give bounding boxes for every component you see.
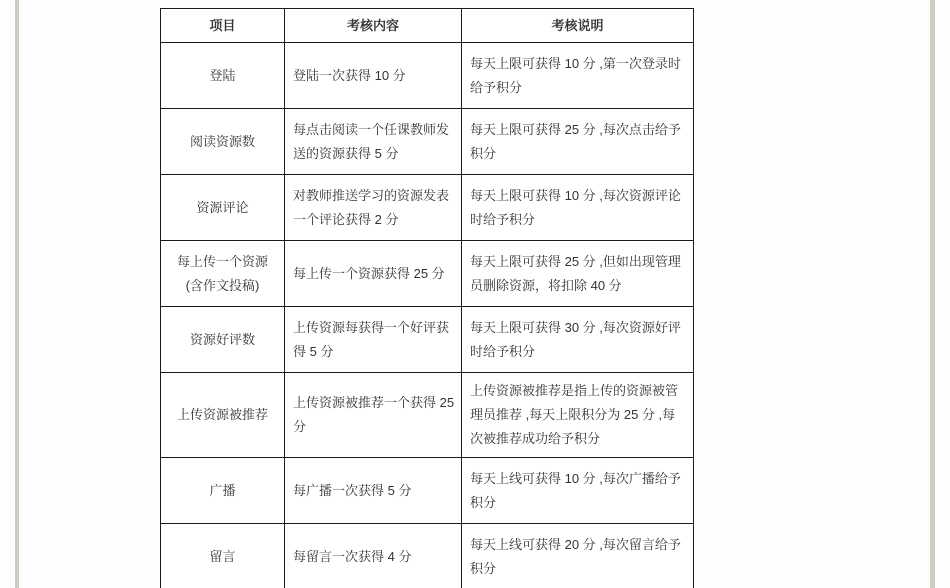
table-row: 广播 每广播一次获得 5 分 每天上线可获得 10 分 ,每次广播给予积分 bbox=[161, 458, 694, 524]
table-row: 留言 每留言一次获得 4 分 每天上线可获得 20 分 ,每次留言给予积分 bbox=[161, 524, 694, 588]
cell-content: 登陆一次获得 10 分 bbox=[285, 43, 462, 109]
cell-item: 阅读资源数 bbox=[161, 109, 285, 175]
table-header: 项目 考核内容 考核说明 bbox=[161, 9, 694, 43]
table-row: 资源好评数 上传资源每获得一个好评获得 5 分 每天上限可获得 30 分 ,每次… bbox=[161, 307, 694, 373]
cell-item: 留言 bbox=[161, 524, 285, 588]
cell-item: 资源评论 bbox=[161, 175, 285, 241]
table-row: 资源评论 对教师推送学习的资源发表一个评论获得 2 分 每天上限可获得 10 分… bbox=[161, 175, 694, 241]
cell-content: 上传资源每获得一个好评获得 5 分 bbox=[285, 307, 462, 373]
points-rules-table: 项目 考核内容 考核说明 登陆 登陆一次获得 10 分 每天上限可获得 10 分… bbox=[160, 8, 694, 588]
cell-description: 每天上限可获得 25 分 ,每次点击给予积分 bbox=[462, 109, 694, 175]
header-row: 项目 考核内容 考核说明 bbox=[161, 9, 694, 43]
header-description: 考核说明 bbox=[462, 9, 694, 43]
cell-description: 每天上限可获得 10 分 ,每次资源评论时给予积分 bbox=[462, 175, 694, 241]
table-body: 登陆 登陆一次获得 10 分 每天上限可获得 10 分 ,第一次登录时给予积分 … bbox=[161, 43, 694, 588]
cell-content: 每留言一次获得 4 分 bbox=[285, 524, 462, 588]
cell-item: 广播 bbox=[161, 458, 285, 524]
cell-item: 登陆 bbox=[161, 43, 285, 109]
cell-description: 每天上线可获得 10 分 ,每次广播给予积分 bbox=[462, 458, 694, 524]
cell-content: 每点击阅读一个任课教师发送的资源获得 5 分 bbox=[285, 109, 462, 175]
table-row: 每上传一个资源 (含作文投稿) 每上传一个资源获得 25 分 每天上限可获得 2… bbox=[161, 241, 694, 307]
cell-description: 每天上限可获得 25 分 ,但如出现管理员删除资源，将扣除 40 分 bbox=[462, 241, 694, 307]
cell-description: 每天上限可获得 10 分 ,第一次登录时给予积分 bbox=[462, 43, 694, 109]
header-content: 考核内容 bbox=[285, 9, 462, 43]
cell-description: 每天上线可获得 20 分 ,每次留言给予积分 bbox=[462, 524, 694, 588]
right-page-rule bbox=[930, 0, 935, 588]
cell-content: 每广播一次获得 5 分 bbox=[285, 458, 462, 524]
cell-content: 每上传一个资源获得 25 分 bbox=[285, 241, 462, 307]
cell-item: 每上传一个资源 (含作文投稿) bbox=[161, 241, 285, 307]
table-row: 阅读资源数 每点击阅读一个任课教师发送的资源获得 5 分 每天上限可获得 25 … bbox=[161, 109, 694, 175]
cell-content: 对教师推送学习的资源发表一个评论获得 2 分 bbox=[285, 175, 462, 241]
cell-description: 每天上限可获得 30 分 ,每次资源好评时给予积分 bbox=[462, 307, 694, 373]
table-row: 上传资源被推荐 上传资源被推荐一个获得 25 分 上传资源被推荐是指上传的资源被… bbox=[161, 373, 694, 458]
left-page-rule bbox=[15, 0, 19, 588]
cell-item: 资源好评数 bbox=[161, 307, 285, 373]
cell-description: 上传资源被推荐是指上传的资源被管理员推荐 ,每天上限积分为 25 分 ,每次被推… bbox=[462, 373, 694, 458]
table-row: 登陆 登陆一次获得 10 分 每天上限可获得 10 分 ,第一次登录时给予积分 bbox=[161, 43, 694, 109]
cell-item: 上传资源被推荐 bbox=[161, 373, 285, 458]
cell-content: 上传资源被推荐一个获得 25 分 bbox=[285, 373, 462, 458]
header-item: 项目 bbox=[161, 9, 285, 43]
